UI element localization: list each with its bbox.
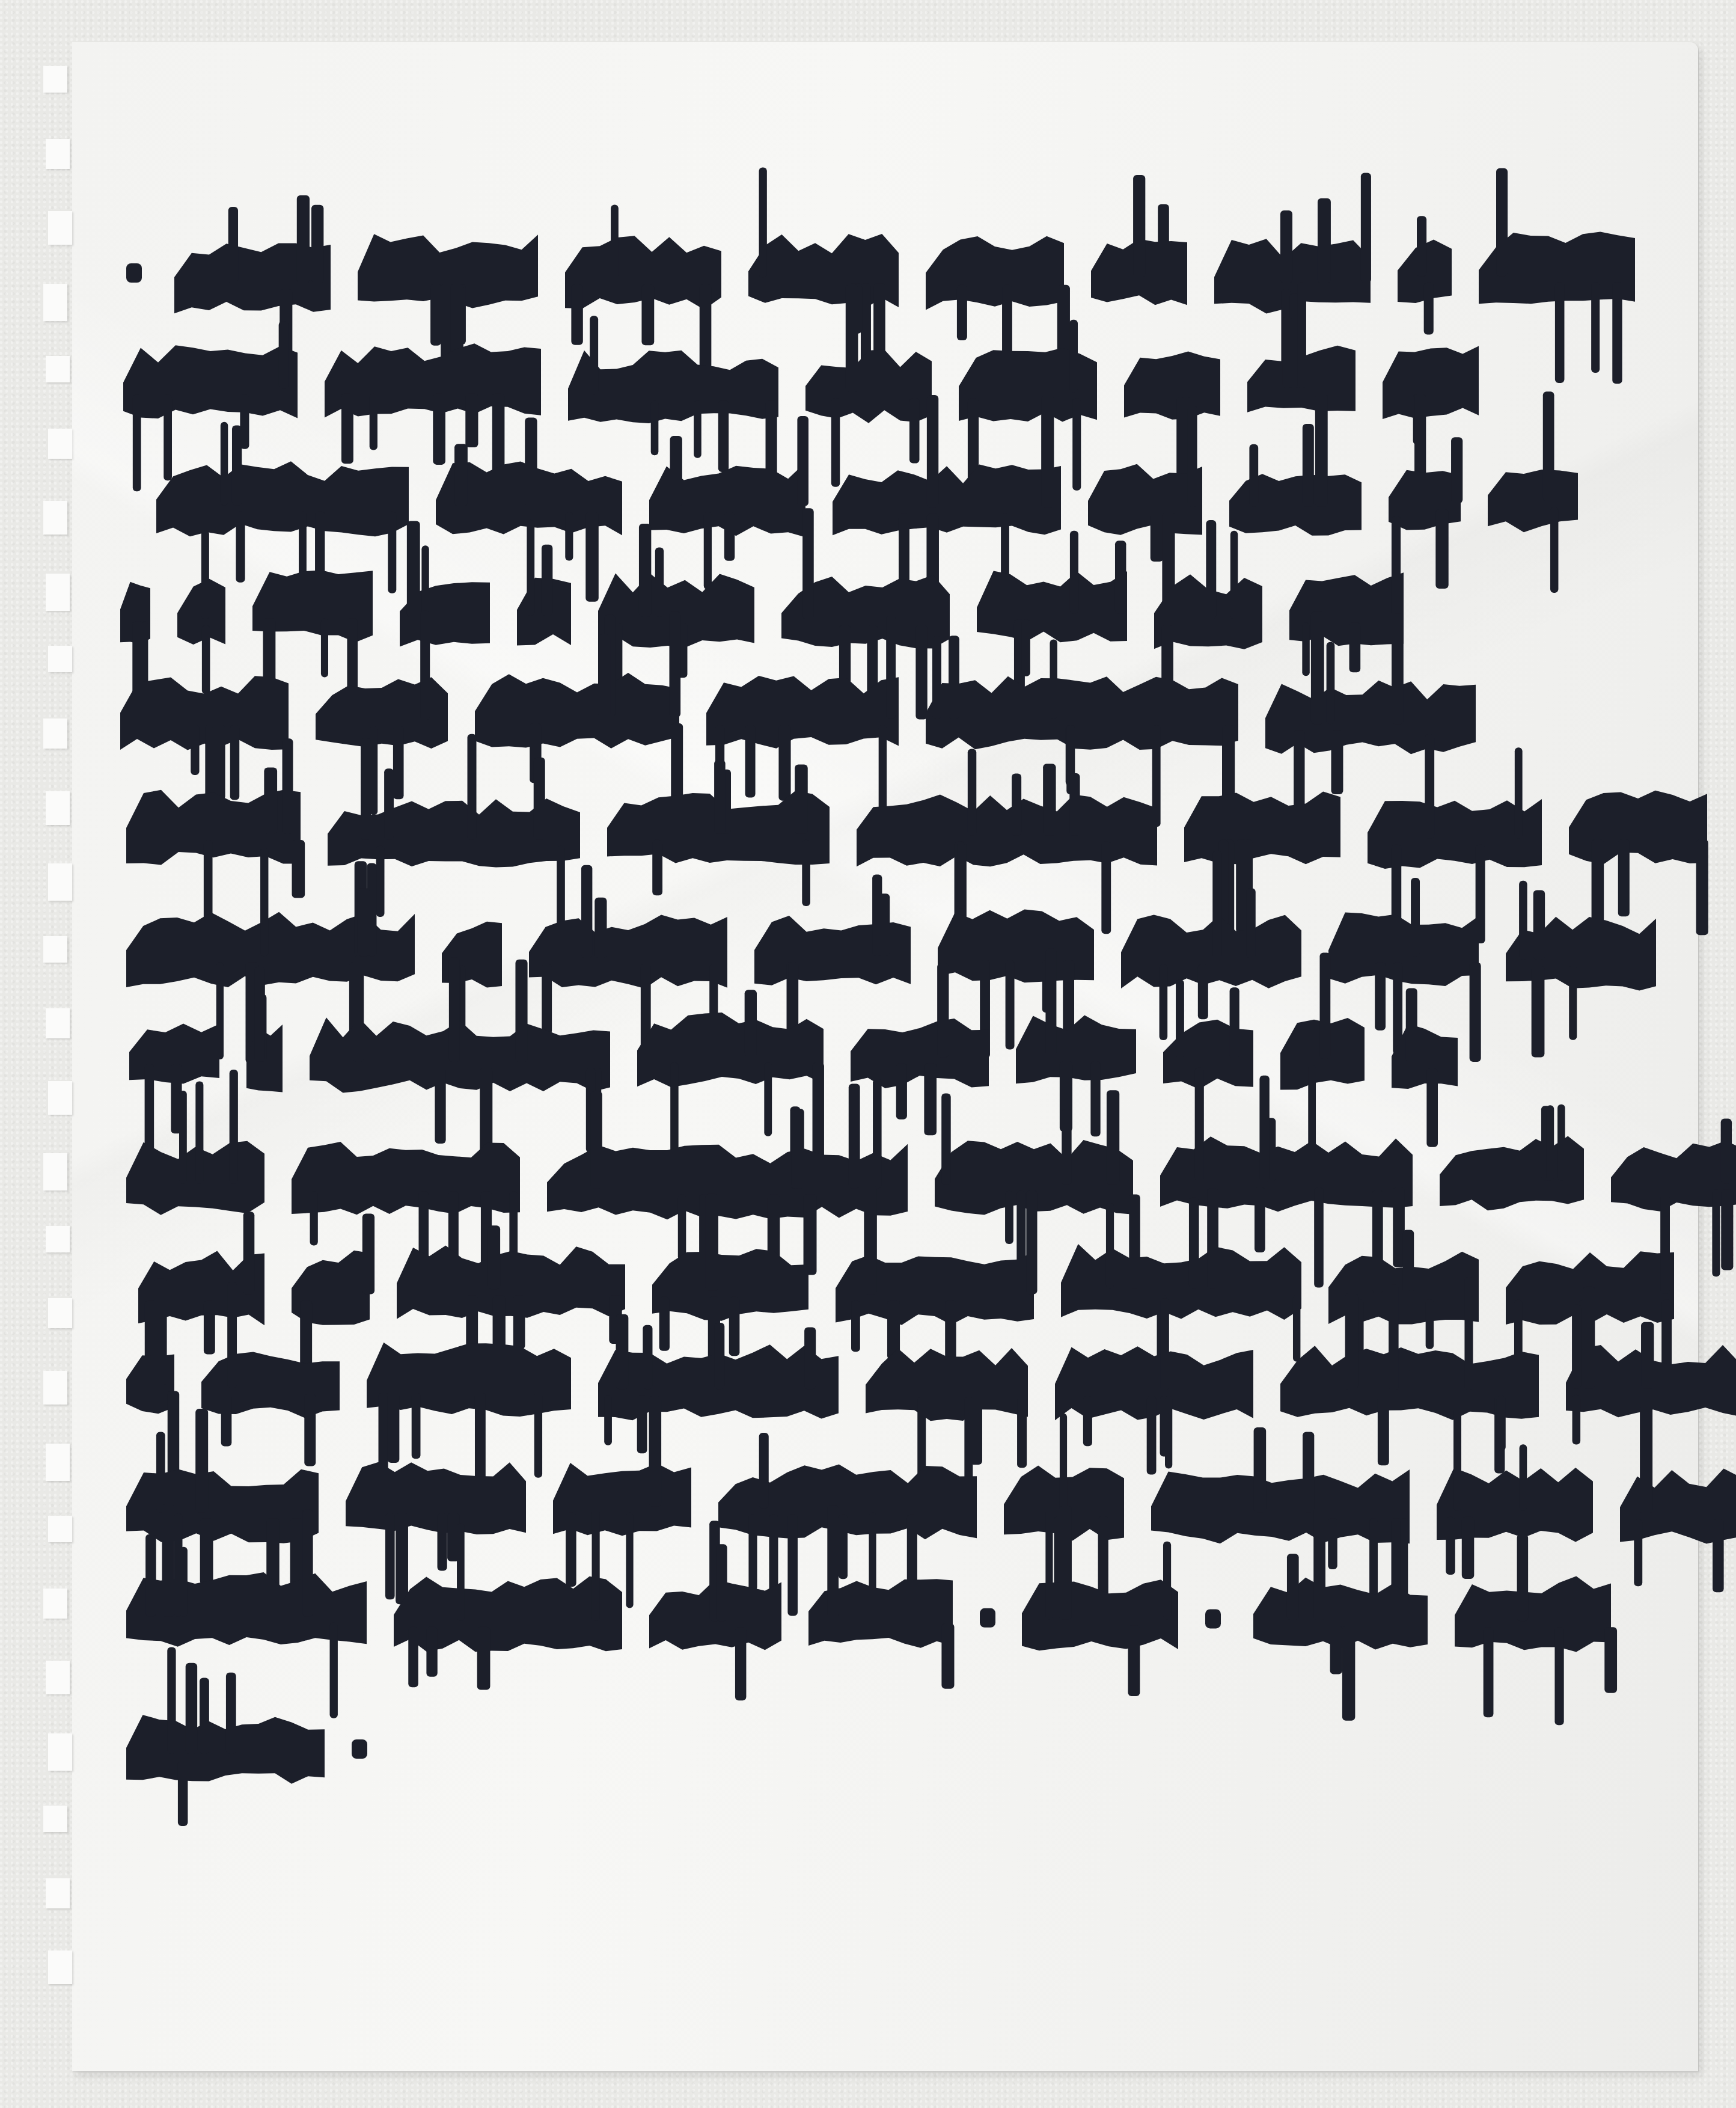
asemic-handwriting <box>0 0 1736 2108</box>
